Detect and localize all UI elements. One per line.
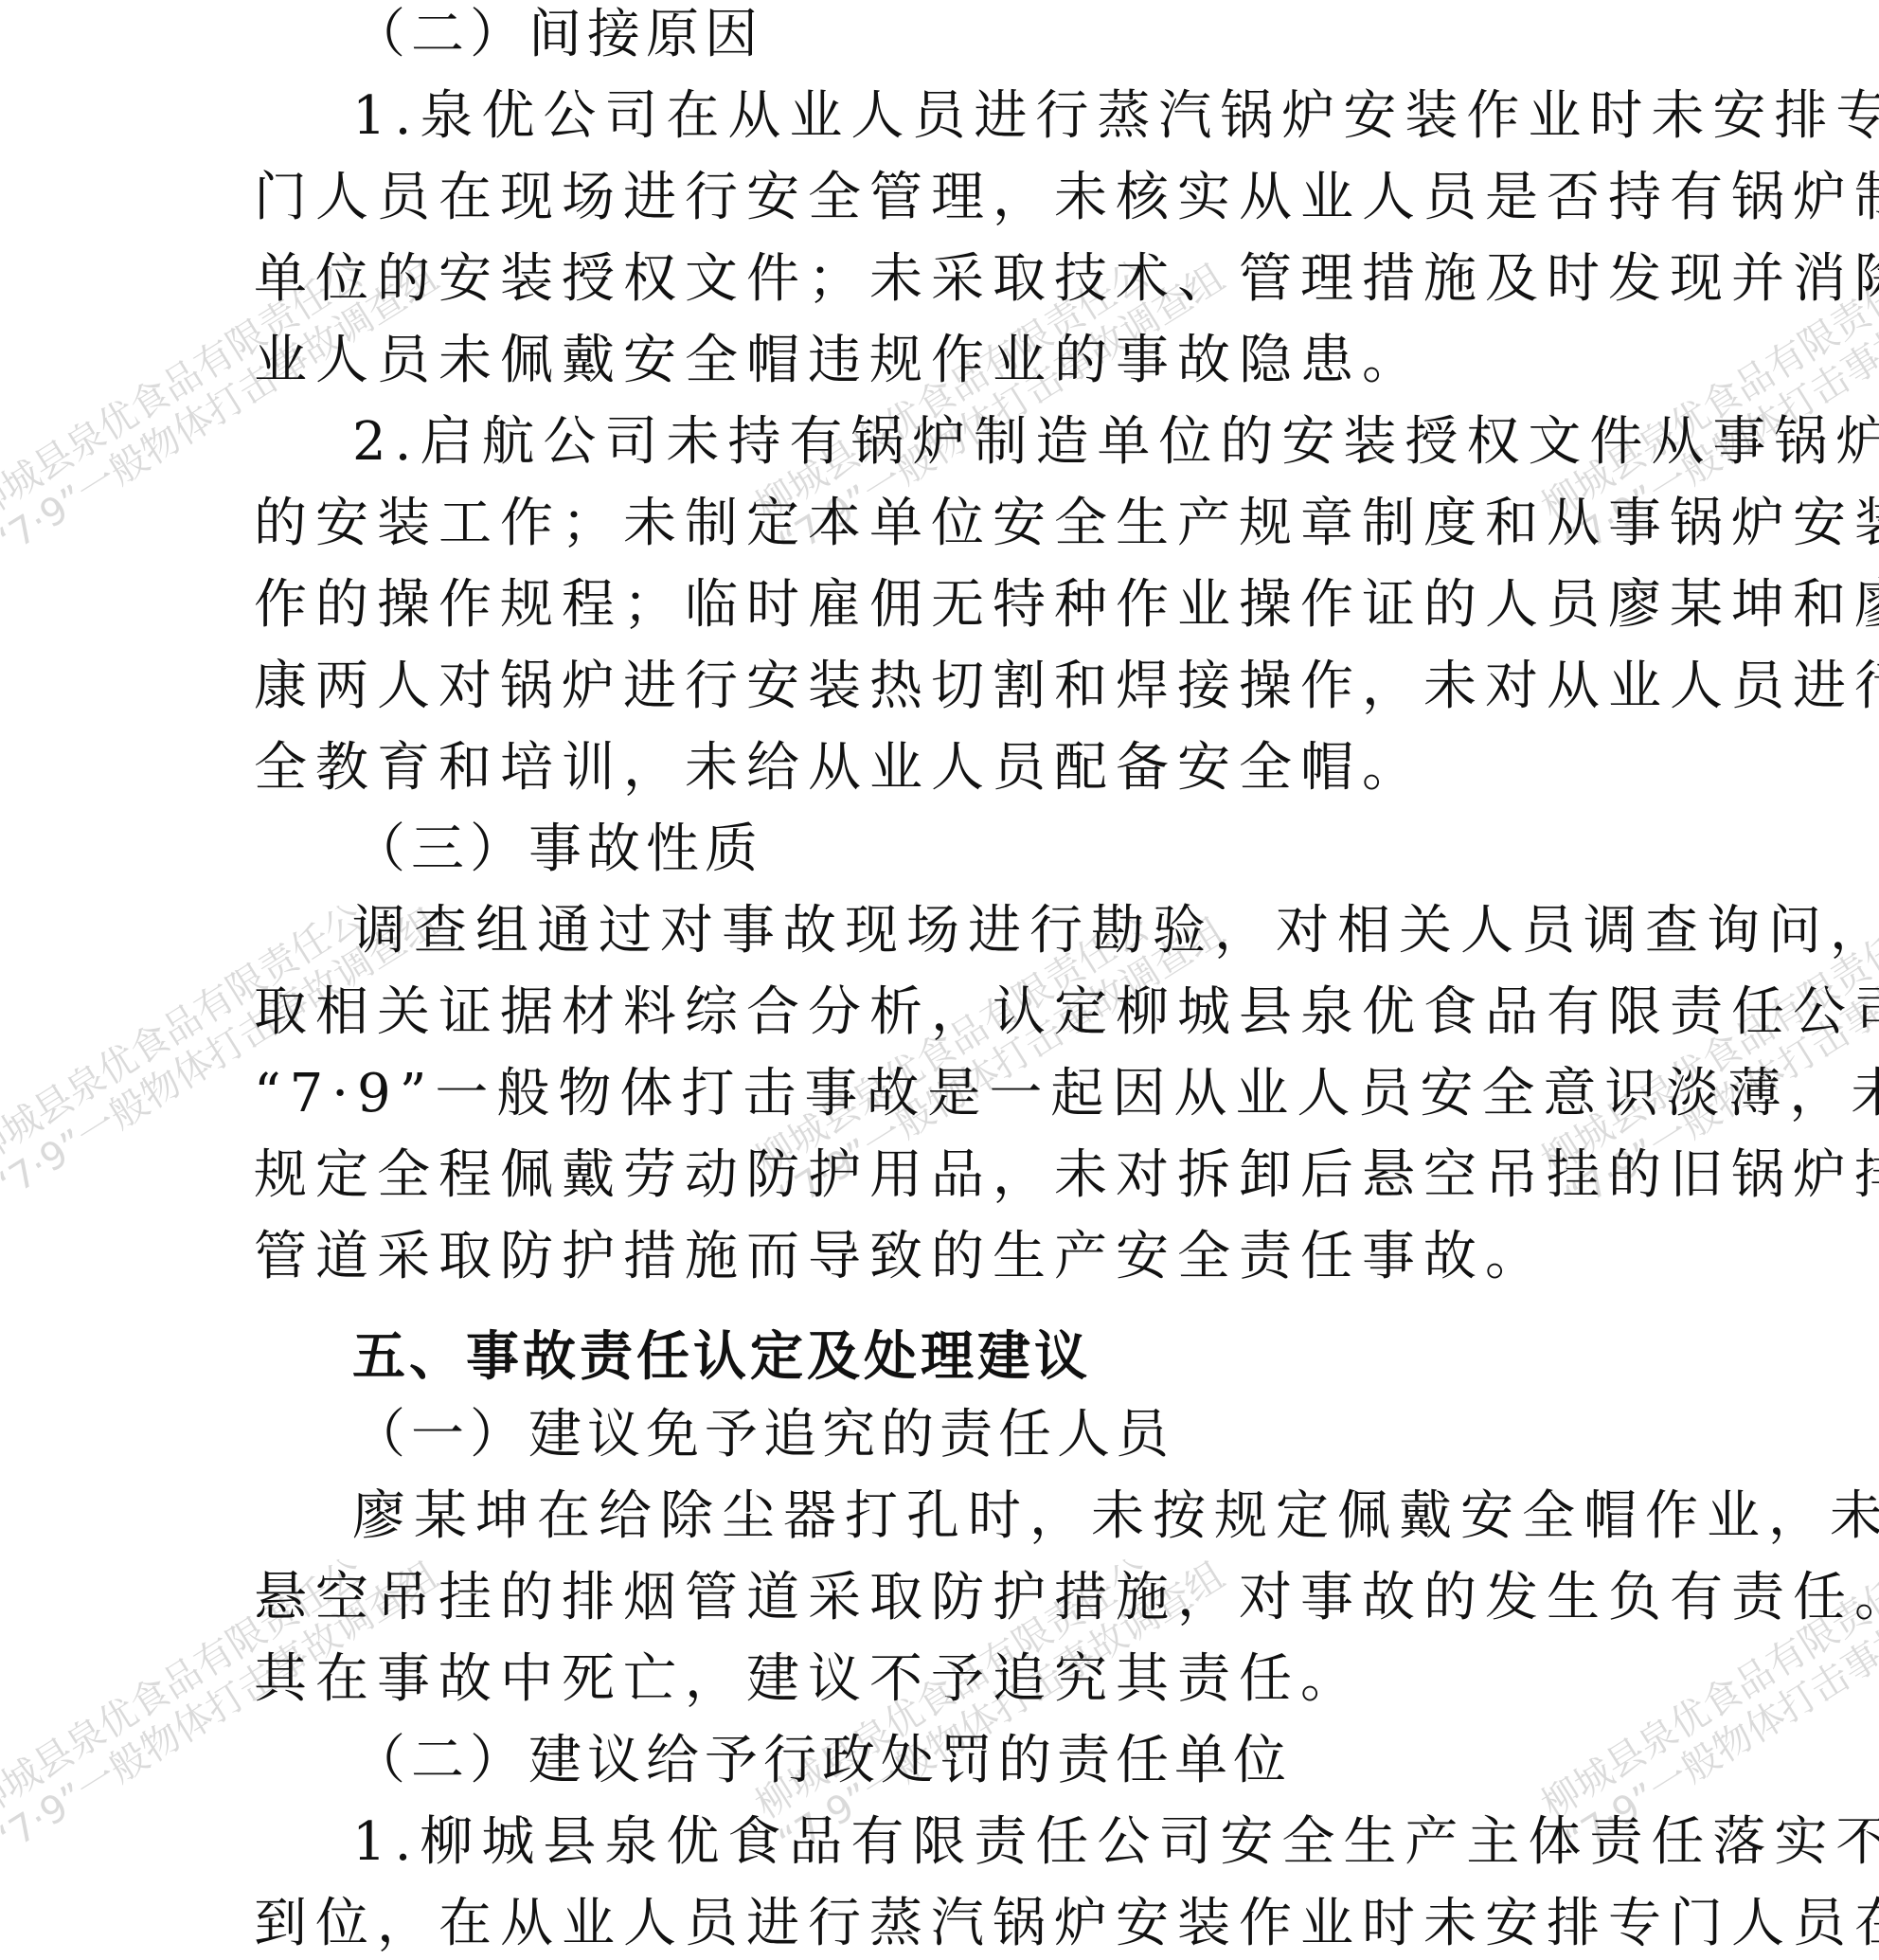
paragraph-line: 其在事故中死亡，建议不予追究其责任。	[254, 1639, 1655, 1720]
chapter-heading: 五、事故责任认定及处理建议	[352, 1317, 1754, 1398]
paragraph-line: 门人员在现场进行安全管理，未核实从业人员是否持有锅炉制造	[254, 157, 1655, 239]
paragraph-line: 悬空吊挂的排烟管道采取防护措施，对事故的发生负有责任。因	[254, 1557, 1655, 1639]
paragraph-line: 规定全程佩戴劳动防护用品，未对拆卸后悬空吊挂的旧锅炉排烟	[254, 1135, 1655, 1216]
paragraph-line: 管道采取防护措施而导致的生产安全责任事故。	[254, 1216, 1655, 1298]
paragraph-line: 1.柳城县泉优食品有限责任公司安全生产主体责任落实不	[352, 1802, 1655, 1883]
paragraph-line: 取相关证据材料综合分析，认定柳城县泉优食品有限责任公司	[254, 972, 1655, 1053]
section-heading: （三）事故性质	[352, 809, 1754, 890]
paragraph-line: 业人员未佩戴安全帽违规作业的事故隐患。	[254, 320, 1655, 402]
paragraph-line: 调查组通过对事故现场进行勘验，对相关人员调查询问，调	[352, 890, 1655, 972]
paragraph-line: “7·9”一般物体打击事故是一起因从业人员安全意识淡薄，未按	[254, 1053, 1655, 1135]
paragraph-line: 全教育和培训，未给从业人员配备安全帽。	[254, 728, 1655, 809]
section-heading: （二）间接原因	[352, 0, 1754, 76]
paragraph-line: 康两人对锅炉进行安装热切割和焊接操作，未对从业人员进行安	[254, 646, 1655, 728]
paragraph-line: 单位的安装授权文件；未采取技术、管理措施及时发现并消除从	[254, 239, 1655, 320]
document-page: 柳城县泉优食品有限责任公“7·9”一般物体打击事故调查组 柳城县泉优食品有限责任…	[0, 0, 1879, 1960]
paragraph-line: 作的操作规程；临时雇佣无特种作业操作证的人员廖某坤和廖某	[254, 565, 1655, 646]
paragraph-line: 1.泉优公司在从业人员进行蒸汽锅炉安装作业时未安排专	[352, 76, 1655, 157]
section-heading: （二）建议给予行政处罚的责任单位	[352, 1720, 1754, 1802]
paragraph-line: 到位，在从业人员进行蒸汽锅炉安装作业时未安排专门人员在现	[254, 1883, 1655, 1960]
section-heading: （一）建议免予追究的责任人员	[352, 1394, 1754, 1476]
paragraph-line: 2.启航公司未持有锅炉制造单位的安装授权文件从事锅炉	[352, 402, 1655, 483]
paragraph-line: 廖某坤在给除尘器打孔时，未按规定佩戴安全帽作业，未对	[352, 1476, 1655, 1557]
paragraph-line: 的安装工作；未制定本单位安全生产规章制度和从事锅炉安装工	[254, 483, 1655, 565]
